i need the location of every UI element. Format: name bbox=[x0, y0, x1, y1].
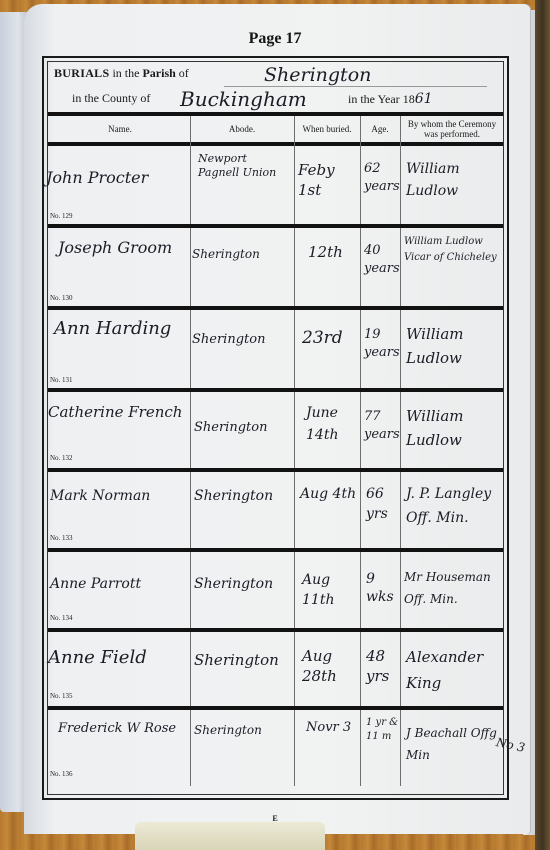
bookmark-ribbon bbox=[135, 822, 325, 850]
entry-age: 1 yr & 11 m bbox=[366, 716, 400, 744]
entry-ceremony-by: William Ludlow bbox=[406, 158, 502, 202]
entry-abode: Sherington bbox=[194, 650, 292, 670]
entry-number: No. 133 bbox=[50, 534, 73, 542]
entry-when-buried: 12th bbox=[308, 242, 358, 262]
heading-line-2: in the County of Buckingham in the Year … bbox=[72, 91, 150, 106]
entry-age: 40 years bbox=[364, 242, 400, 278]
parish-value: Sherington bbox=[264, 64, 371, 86]
entry-abode: Sherington bbox=[194, 720, 292, 740]
column-header-age: Age. bbox=[360, 124, 400, 134]
year-written: 61 bbox=[415, 91, 433, 107]
entry-number: No. 129 bbox=[50, 212, 73, 220]
entry-when-buried: June 14th bbox=[306, 402, 358, 446]
column-header-when-buried: When buried. bbox=[294, 124, 360, 134]
table-row: Joseph Groom Sherington 12th 40 years Wi… bbox=[44, 228, 507, 308]
entry-name: John Procter bbox=[46, 168, 190, 188]
entry-when-buried: 23rd bbox=[302, 328, 358, 348]
page-title: Page 17 bbox=[0, 30, 550, 48]
burials-label: BURIALS bbox=[54, 66, 109, 80]
entry-ceremony-by: William Ludlow Vicar of Chicheley bbox=[404, 234, 502, 266]
header-rule-top bbox=[48, 112, 503, 116]
entry-when-buried: Novr 3 bbox=[306, 718, 358, 738]
entry-number: No. 134 bbox=[50, 614, 73, 622]
column-header-abode: Abode. bbox=[190, 124, 294, 134]
entry-number: No. 135 bbox=[50, 692, 73, 700]
entry-when-buried: Aug 4th bbox=[300, 484, 358, 504]
entry-abode: Sherington bbox=[192, 244, 292, 264]
entry-abode: Sherington bbox=[192, 330, 292, 350]
entry-abode: Sherington bbox=[194, 574, 292, 594]
table-row: John Procter Newport Pagnell Union Feby … bbox=[44, 146, 507, 226]
entry-abode: Sherington bbox=[194, 486, 292, 506]
entry-ceremony-by: William Ludlow bbox=[406, 404, 502, 452]
entry-number: No. 131 bbox=[50, 376, 73, 384]
county-value: Buckingham bbox=[180, 87, 307, 111]
entry-when-buried: Feby 1st bbox=[298, 160, 358, 200]
entry-name: Catherine French bbox=[48, 400, 188, 424]
entry-age: 48 yrs bbox=[366, 646, 400, 686]
column-header-ceremony: By whom the Ceremony was performed. bbox=[404, 119, 500, 139]
table-row: Frederick W Rose Sherington Novr 3 1 yr … bbox=[44, 710, 507, 788]
entry-age: 77 years bbox=[364, 408, 400, 444]
entry-name: Ann Harding bbox=[54, 316, 190, 342]
book-cover-edge bbox=[535, 0, 550, 850]
entry-age: 19 years bbox=[364, 326, 400, 362]
entry-number: No. 130 bbox=[50, 294, 73, 302]
table-row: Mark Norman Sherington Aug 4th 66 yrs J.… bbox=[44, 472, 507, 550]
burial-register-frame: BURIALS in the Parish of Sherington in t… bbox=[42, 56, 509, 800]
entry-ceremony-by: William Ludlow bbox=[406, 322, 502, 370]
table-row: Anne Field Sherington Aug 28th 48 yrs Al… bbox=[44, 632, 507, 708]
entry-age: 9 wks bbox=[366, 570, 400, 606]
entry-age: 62 years bbox=[364, 160, 400, 196]
column-header-name: Name. bbox=[50, 124, 190, 134]
entry-ceremony-by: J. P. Langley Off. Min. bbox=[406, 482, 502, 530]
entry-abode: Newport Pagnell Union bbox=[198, 152, 288, 180]
entry-age: 66 yrs bbox=[366, 484, 400, 524]
table-row: Anne Parrott Sherington Aug 11th 9 wks M… bbox=[44, 552, 507, 630]
entry-name: Joseph Groom bbox=[58, 236, 188, 260]
entry-name: Frederick W Rose bbox=[58, 718, 190, 740]
entry-name: Anne Parrott bbox=[50, 574, 190, 594]
entry-name: Mark Norman bbox=[50, 486, 190, 506]
year-field: in the Year 1861 bbox=[348, 91, 433, 107]
entry-name: Anne Field bbox=[48, 648, 190, 668]
entry-number: No. 136 bbox=[50, 770, 73, 778]
entry-when-buried: Aug 28th bbox=[302, 646, 358, 686]
year-printed: 18 bbox=[403, 92, 415, 106]
entry-when-buried: Aug 11th bbox=[302, 570, 358, 610]
entry-abode: Sherington bbox=[194, 418, 292, 438]
entry-ceremony-by: J Beachall Offg Min bbox=[406, 722, 502, 766]
entry-ceremony-by: Mr Houseman Off. Min. bbox=[404, 566, 514, 610]
entry-ceremony-by: Alexander King bbox=[406, 644, 502, 696]
table-row: Catherine French Sherington June 14th 77… bbox=[44, 392, 507, 470]
heading-line-1: BURIALS in the Parish of Sherington bbox=[54, 66, 189, 81]
entry-number: No. 132 bbox=[50, 454, 73, 462]
table-row: Ann Harding Sherington 23rd 19 years Wil… bbox=[44, 310, 507, 390]
